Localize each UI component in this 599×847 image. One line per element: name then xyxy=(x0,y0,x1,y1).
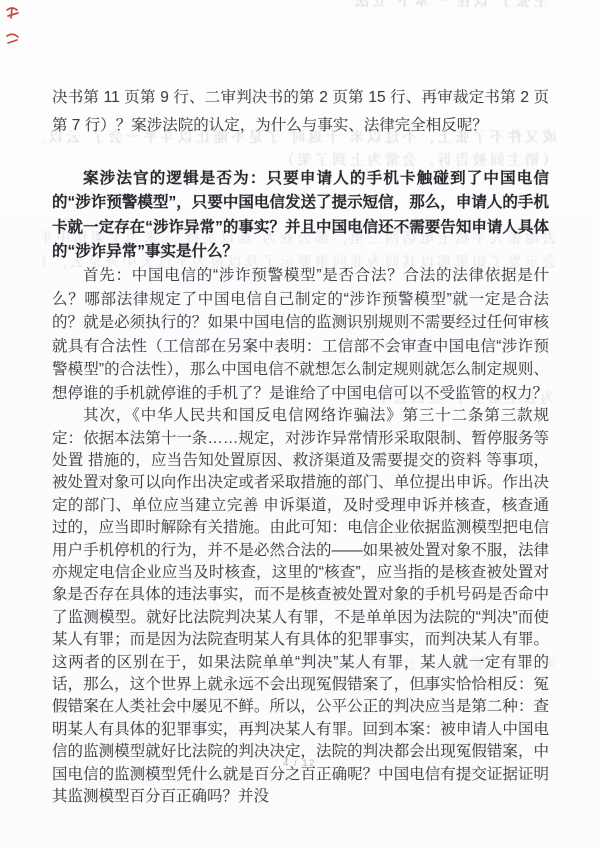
red-pen-mark xyxy=(4,4,28,52)
body-paragraph-second-point: 其次，《中华人民共和国反电信网络诈骗法》第三十二条第三款规定：依据本法第十一条…… xyxy=(52,405,549,808)
document-body: 决书第 11 页第 9 行、二审判决书的第 2 页第 15 行、再审裁定书第 2… xyxy=(52,84,549,809)
body-paragraph-continuation: 决书第 11 页第 9 行、二审判决书的第 2 页第 15 行、再审裁定书第 2… xyxy=(52,84,549,140)
page-number: 4 / 12 xyxy=(0,758,599,769)
body-paragraph-judge-logic: 案涉法官的逻辑是否为：只要申请人的手机卡触碰到了中国电信的“涉诈预警模型”，只要… xyxy=(52,167,549,264)
body-paragraph-first-point: 首先：中国电信的“涉诈预警模型”是否合法？合法的法律依据是什么？哪部法律规定了中… xyxy=(52,264,549,405)
scanned-document-page: 主张了 以在一 本下 立法 或又件不了张上，不过以米 十返时 了是不能让以斗平一… xyxy=(0,0,599,847)
bleedthrough-text: 主张了 以在一 本下 立法 xyxy=(78,0,548,11)
